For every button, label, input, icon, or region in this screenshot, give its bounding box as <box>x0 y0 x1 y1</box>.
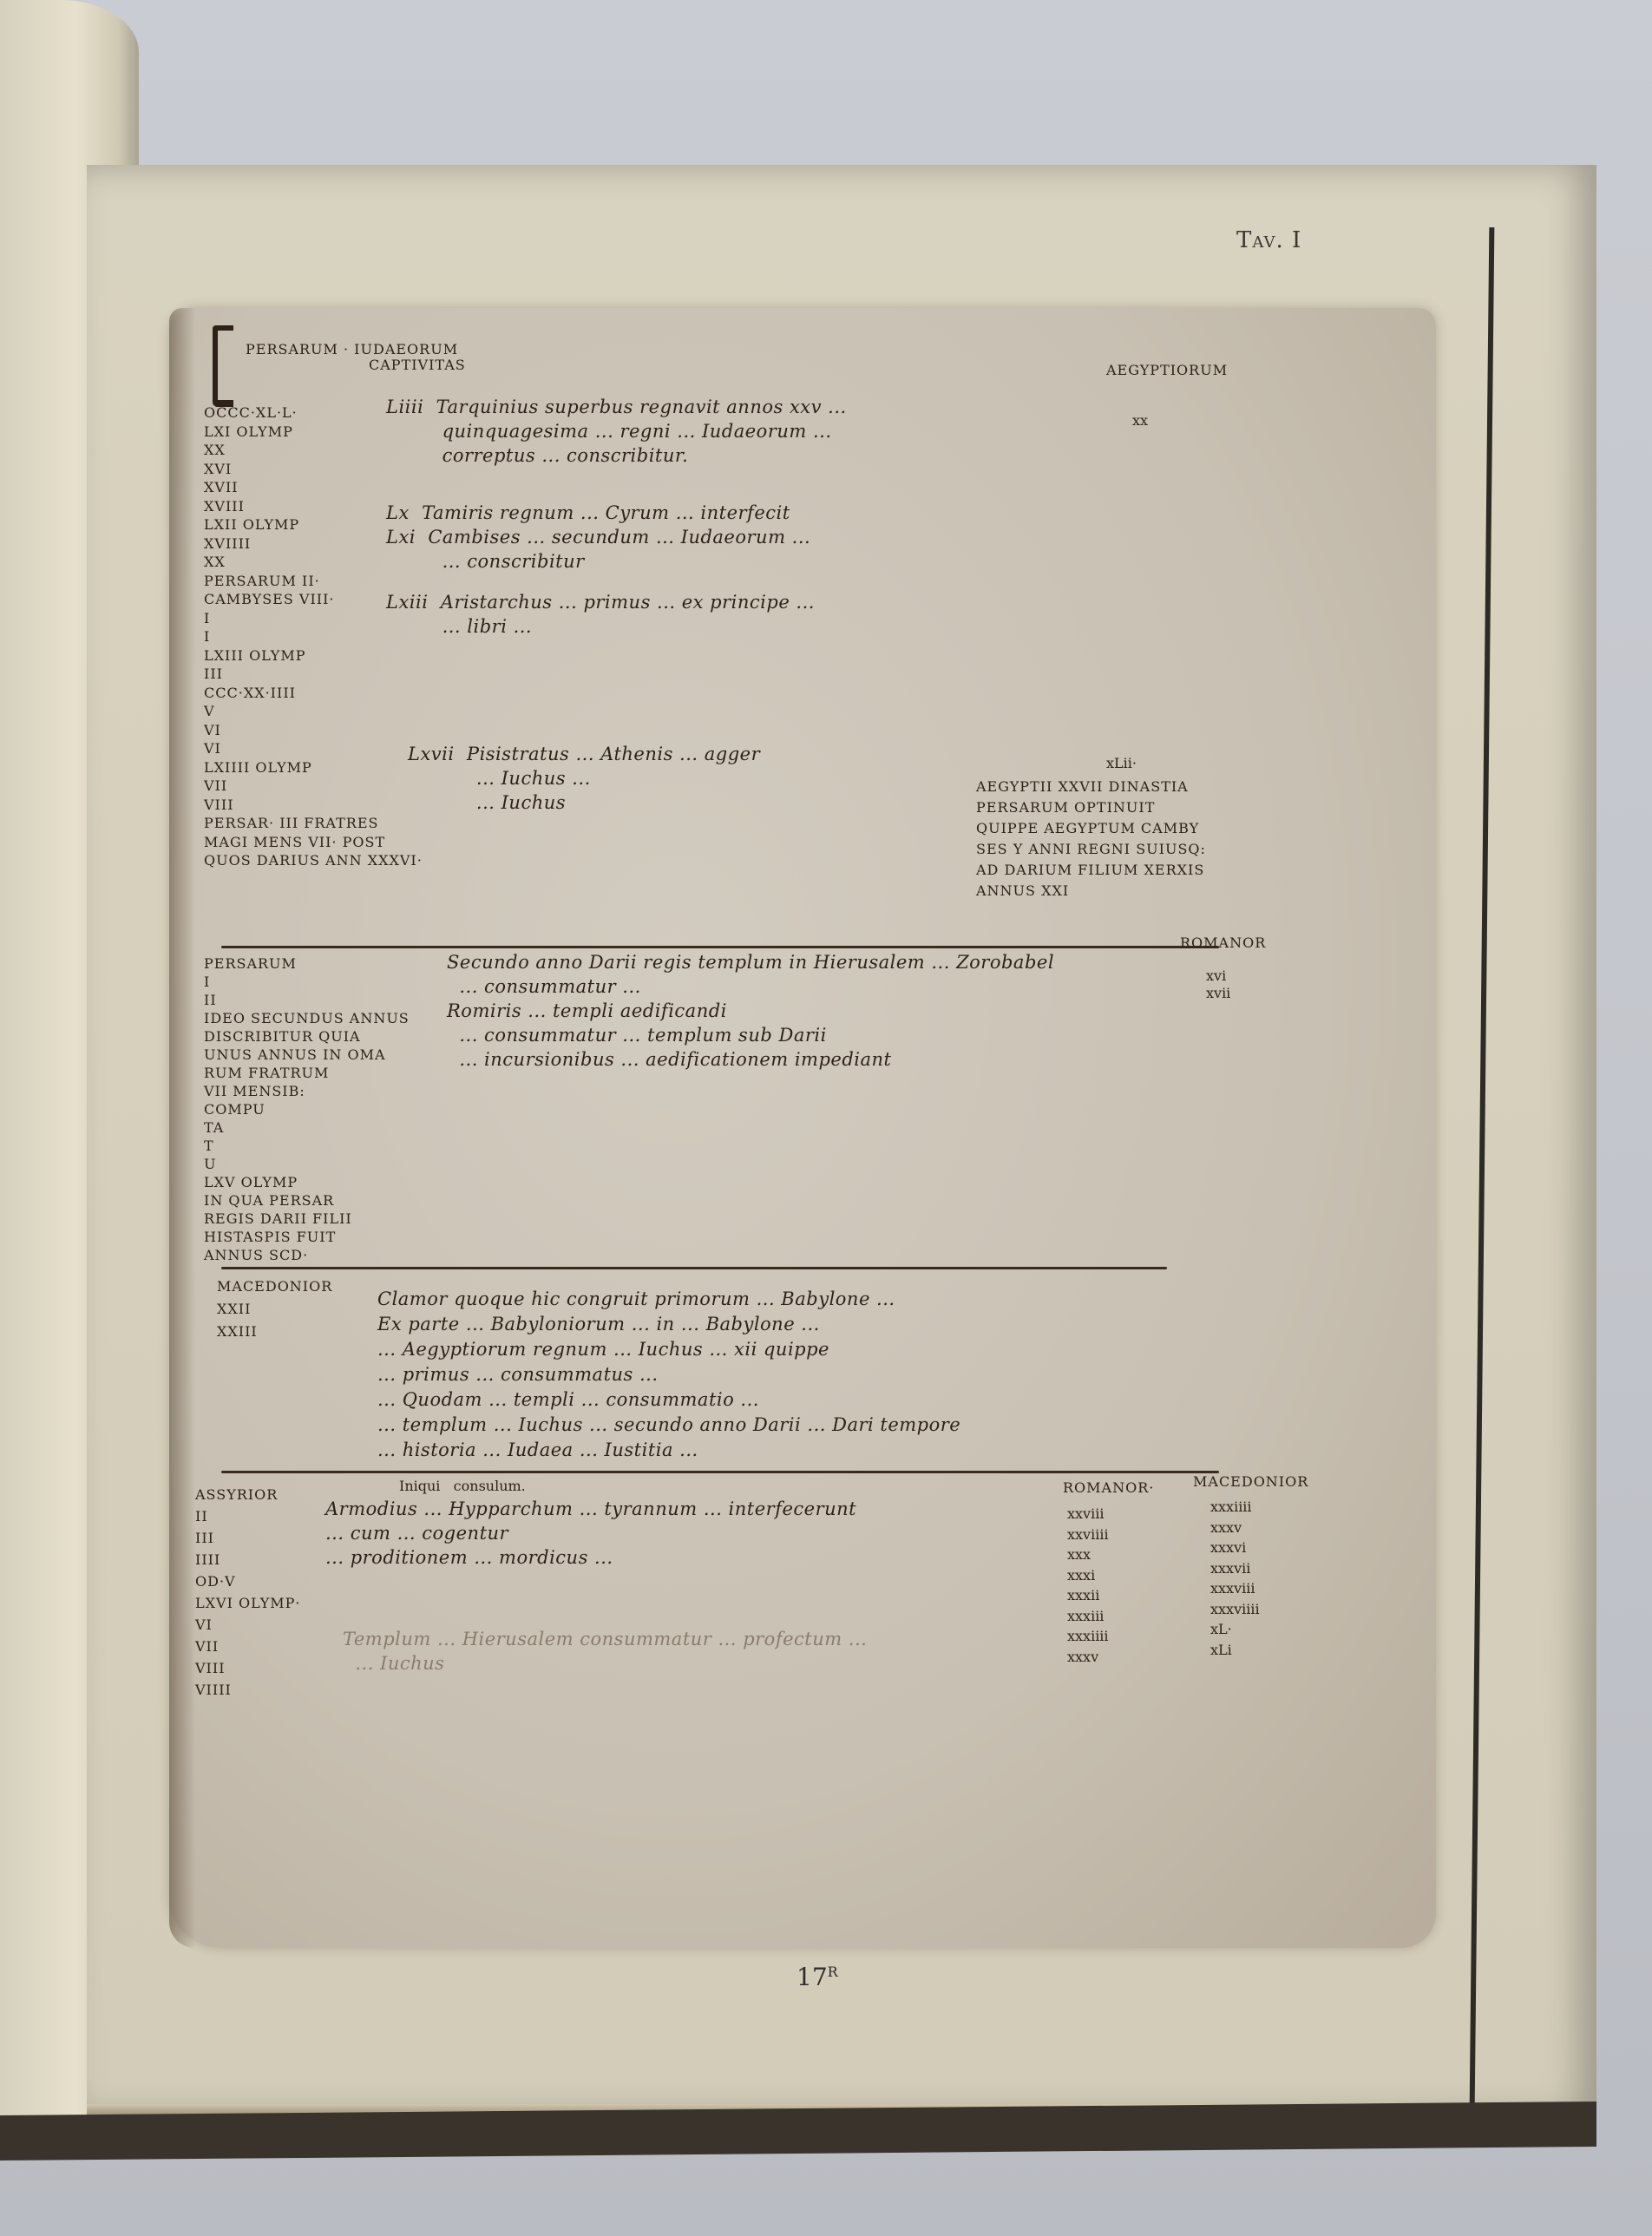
plate-label: Tav. I <box>1236 227 1301 253</box>
macedonior-column: xxxiiii xxxv xxxvi xxxvii xxxviii xxxvii… <box>1210 1497 1260 1660</box>
section1-right-col: xx <box>1132 412 1148 429</box>
section2-text: Secundo anno Darii regis templum in Hier… <box>447 950 1054 1072</box>
section4-text-late: Templum ... Hierusalem consummatur ... p… <box>343 1627 867 1675</box>
section1-text-b: Lx Tamiris regnum ... Cyrum ... interfec… <box>386 501 810 574</box>
page-number-value: 17 <box>796 1963 828 1991</box>
header-left-sub: captivitas <box>369 357 466 374</box>
section1-text-d: Lxvii Pisistratus ... Athenis ... agger … <box>408 742 760 815</box>
macedonior-header: MACEDONIOR <box>1193 1473 1308 1491</box>
section2-right-header: ROMANOR <box>1180 934 1266 952</box>
manuscript-facsimile: persarum · Iudaeorum captivitas AEGYPTIO… <box>169 308 1436 1948</box>
section3-text: Clamor quoque hic congruit primorum ... … <box>377 1287 960 1463</box>
initial-bracket-icon <box>213 325 233 407</box>
header-left: persarum · Iudaeorum <box>246 341 458 358</box>
romanor-header: ROMANOR· <box>1063 1479 1154 1497</box>
section4-text: Armodius ... Hypparchum ... tyrannum ...… <box>325 1497 856 1570</box>
section4-margin: ASSYRIOR II III IIII od·V Lxvi OLYMP· VI… <box>195 1484 301 1701</box>
section-divider <box>221 1471 1219 1473</box>
header-right: AEGYPTIORUM <box>1106 362 1228 379</box>
section3-margin: MACEDONIOR xxii xxiii <box>217 1275 332 1343</box>
section1-text-c: Lxiii Aristarchus ... primus ... ex prin… <box>386 590 815 639</box>
section4-sub-header: Iniqui consulum. <box>399 1478 526 1495</box>
manuscript-stain <box>169 308 195 1948</box>
section2-margin: PERSARUM I II IDEO SECUNDUS ANNUS DISCRI… <box>204 954 410 1264</box>
romanor-column: xxviii xxviiii xxx xxxi xxxii xxxiii xxx… <box>1067 1504 1109 1667</box>
section1-aside-number: xLii· <box>1106 755 1137 772</box>
section2-right-col: xvi xvii <box>1206 967 1230 1002</box>
section-divider <box>221 946 1219 948</box>
section1-text-a: Liiii Tarquinius superbus regnavit annos… <box>386 395 847 468</box>
section-divider <box>221 1267 1167 1269</box>
page-number: 17R <box>796 1963 838 1991</box>
page-side: R <box>828 1964 838 1980</box>
section1-aside: AEGYPTII XXVII DINASTIA PERSARUM OPTINUI… <box>976 777 1206 902</box>
